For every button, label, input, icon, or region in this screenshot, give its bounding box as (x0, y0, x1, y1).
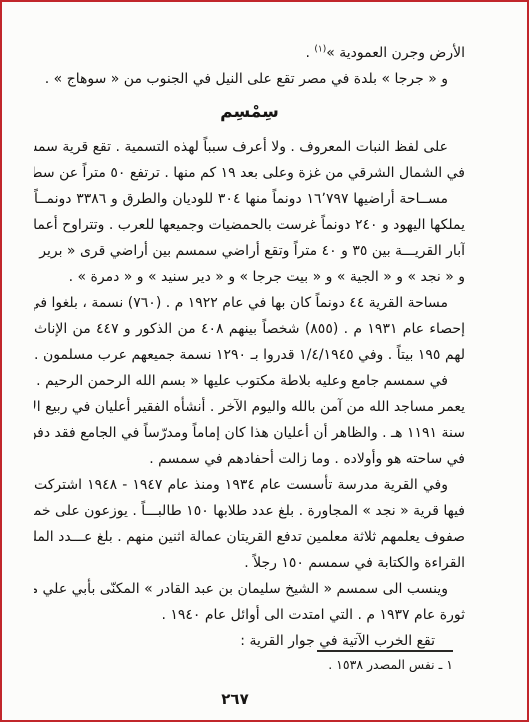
text-line: فيها قرية « نجد » المجاورة . بلغ عدد طلا… (34, 498, 465, 524)
text-line: صفوف يعلمهم ثلاثة معلمين تدفع القريتان ع… (34, 524, 465, 550)
text-line: في الشمال الشرقي من غزة وعلى بعد ١٩ كم م… (34, 160, 465, 186)
page-number: ٢٦٧ (200, 690, 270, 708)
footnote-text: ١ ـ نفس المصدر ١٥٣٨ . (271, 657, 453, 673)
text-line: و « نجد » و « الجية » و « بيت جرجا » و «… (34, 264, 465, 290)
text-line: إحصاء عام ١٩٣١ م . (٨٥٥) شخصاً بينهم ٤٠٨… (34, 316, 465, 342)
paragraph-4: في سمسم جامع وعليه بلاطة مكتوب عليها « ب… (34, 368, 465, 472)
text-line: على لفظ النبات المعروف . ولا أعرف سبباً … (34, 134, 465, 160)
footnote-divider (317, 650, 453, 652)
text-line: سنة ١١٩١ هـ . والظاهر أن أعليان هذا كان … (34, 420, 465, 446)
text-line: وينسب الى سمسم « الشيخ سليمان بن عبد الق… (34, 576, 465, 602)
text-line: لهم ١٩٥ بيتاً . وفي ١/٤/١٩٤٥ قدروا بـ ١٢… (34, 342, 465, 368)
paragraph-1: على لفظ النبات المعروف . ولا أعرف سبباً … (34, 134, 465, 186)
carryover-line: الأرض وجرن العمودية »(١) . (34, 40, 465, 66)
text-line: في ساحته هو وأولاده . وما زالت أحفادهم ف… (34, 446, 465, 472)
book-page: الأرض وجرن العمودية »(١) . و « جرجا » بل… (0, 0, 529, 722)
carryover-line-2: و « جرجا » بلدة في مصر تقع على النيل في … (34, 66, 465, 92)
text-line: في سمسم جامع وعليه بلاطة مكتوب عليها « ب… (34, 368, 465, 394)
section-title: سِمْسِم (34, 99, 465, 125)
paragraph-3: مساحة القرية ٤٤ دونماً كان بها في عام ١٩… (34, 290, 465, 368)
text-line: القراءة والكتابة في سمسم ١٥٠ رجلاً . (34, 550, 465, 576)
text-line: آبار القريـــة بين ٣٥ و ٤٠ متراً وتقع أر… (34, 238, 465, 264)
carryover-text: الأرض وجرن العمودية » (326, 45, 465, 61)
paragraph-2: مســاحة أراضيها ١٦٬٧٩٧ دونماً منها ٣٠٤ ل… (34, 186, 465, 290)
carryover-tail: . (305, 45, 314, 61)
paragraph-6: وينسب الى سمسم « الشيخ سليمان بن عبد الق… (34, 576, 465, 628)
footnote-block: ١ ـ نفس المصدر ١٥٣٨ . (271, 650, 453, 673)
text-line: يعمر مساجد الله من آمن بالله واليوم الآخ… (34, 394, 465, 420)
text-line: ثورة عام ١٩٣٧ م . التي امتدت الى أوائل ع… (34, 602, 465, 628)
paragraph-5: وفي القرية مدرسة تأسست عام ١٩٣٤ ومنذ عام… (34, 472, 465, 576)
text-line: مساحة القرية ٤٤ دونماً كان بها في عام ١٩… (34, 290, 465, 316)
text-line: وفي القرية مدرسة تأسست عام ١٩٣٤ ومنذ عام… (34, 472, 465, 498)
text-line: يملكها اليهود و ٢٤٠ دونماً غرست بالحمضيا… (34, 212, 465, 238)
page-body-text: الأرض وجرن العمودية »(١) . و « جرجا » بل… (34, 40, 465, 654)
text-line: مســاحة أراضيها ١٦٬٧٩٧ دونماً منها ٣٠٤ ل… (34, 186, 465, 212)
footnote-marker: (١) (314, 44, 326, 54)
